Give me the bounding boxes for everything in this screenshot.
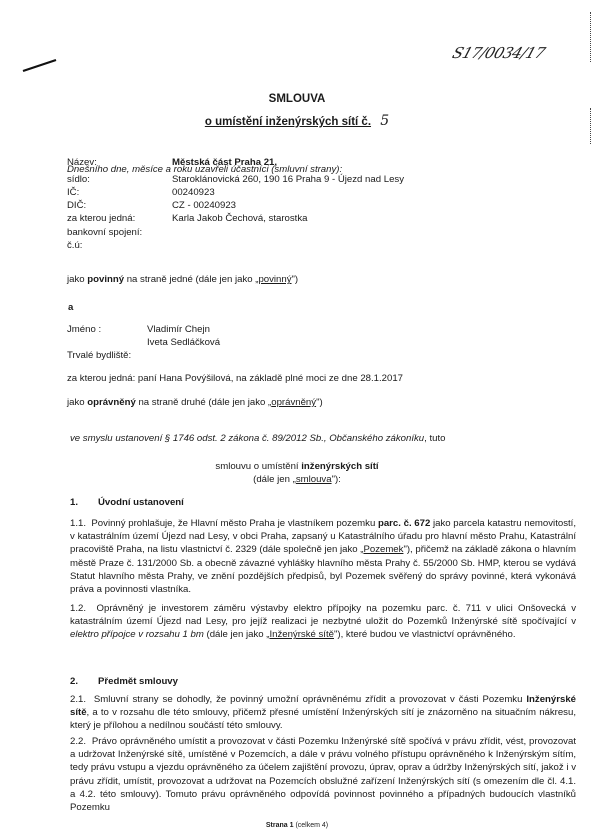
legal-basis-italic: ve smyslu ustanovení § 1746 odst. 2 záko… [70, 433, 424, 444]
role-term: povinný [258, 274, 291, 285]
alias-text: (dále jen „ [253, 474, 296, 485]
party1-label: za kterou jedná: [67, 213, 135, 224]
subtitle-prefix: o umístění [205, 116, 266, 128]
role-text: na straně jedné (dále jen jako „ [124, 274, 258, 285]
party1-value: Městská část Praha 21, [172, 157, 277, 168]
paragraph-1-2: 1.2. Oprávněný je investorem záměru výst… [70, 602, 576, 642]
party2-representative: za kterou jedná: paní Hana Povýšilová, n… [67, 373, 403, 384]
party1-label: IČ: [67, 187, 79, 198]
paragraph-number: 2.2. [70, 736, 86, 747]
handwritten-reference-number: S17/0034/17 [450, 44, 547, 62]
subtitle-underlined: inženýrských sítí č. [266, 116, 371, 128]
handwritten-contract-number: 5 [380, 113, 389, 129]
role-bold: povinný [87, 274, 124, 285]
paragraph-text: Právo oprávněného umístit a provozovat v… [70, 736, 576, 813]
party2-name: Vladimír Chejn [147, 324, 210, 335]
role-text: jako [67, 397, 87, 408]
contract-name: smlouvu o umístění inženýrských sítí [0, 461, 594, 472]
alias-term: smlouva [296, 474, 332, 485]
paragraph-text: (dále jen jako „ [204, 629, 270, 640]
paragraph-number: 1.1. [70, 518, 86, 529]
paragraph-text: Povinný prohlašuje, že Hlavní město Prah… [91, 518, 378, 529]
page-number: Strana 1 [266, 822, 294, 829]
party2-role: jako oprávněný na straně druhé (dále jen… [67, 397, 323, 408]
paragraph-text: Oprávněný je investorem záměru výstavby … [70, 603, 576, 627]
pen-stroke-mark [20, 55, 60, 75]
party2-name: Iveta Sedláčková [147, 337, 220, 348]
legal-basis-suffix: , tuto [424, 433, 445, 444]
paragraph-bold: parc. č. 672 [378, 518, 430, 529]
paragraph-italic: elektro přípojce v rozsahu 1 bm [70, 629, 204, 640]
role-term: oprávněný [271, 397, 316, 408]
paragraph-text: Smluvní strany se dohodly, že povinný um… [94, 694, 527, 705]
party1-role: jako povinný na straně jedné (dále jen j… [67, 274, 298, 285]
party1-value: CZ - 00240923 [172, 200, 236, 211]
party2-residence-label: Trvalé bydliště: [67, 350, 131, 361]
role-text: ") [292, 274, 299, 285]
paragraph-2-2: 2.2. Právo oprávněného umístit a provozo… [70, 735, 576, 814]
alias-text: "): [332, 474, 341, 485]
legal-basis: ve smyslu ustanovení § 1746 odst. 2 záko… [70, 433, 445, 444]
party1-label: sídlo: [67, 174, 90, 185]
document-title: SMLOUVA [0, 93, 594, 105]
party1-label: Název: [67, 157, 97, 168]
paragraph-2-1: 2.1. Smluvní strany se dohodly, že povin… [70, 693, 576, 733]
paragraph-text: , a to v rozsahu dle této smlouvy, přiče… [70, 707, 576, 731]
paragraph-term: Inženýrské sítě [269, 629, 334, 640]
paragraph-number: 1.2. [70, 603, 86, 614]
party1-value: Staroklánovická 260, 190 16 Praha 9 - Új… [172, 174, 404, 185]
section-heading: Předmět smlouvy [98, 676, 178, 687]
paragraph-1-1: 1.1. Povinný prohlašuje, že Hlavní město… [70, 517, 576, 596]
scan-edge [590, 12, 591, 62]
section-number: 1. [70, 497, 78, 508]
section-number: 2. [70, 676, 78, 687]
contract-name-bold: inženýrských sítí [301, 461, 378, 472]
page-total: (celkem 4) [294, 822, 329, 829]
role-text: ") [316, 397, 323, 408]
role-text: jako [67, 274, 87, 285]
party1-label: č.ú: [67, 240, 82, 251]
section-heading: Úvodní ustanovení [98, 497, 184, 508]
document-subtitle: o umístění inženýrských sítí č. 5 [0, 113, 594, 129]
contract-name-alias: (dále jen „smlouva"): [0, 474, 594, 485]
party1-label: bankovní spojení: [67, 227, 142, 238]
party2-name-label: Jméno : [67, 324, 101, 335]
conjunction: a [68, 302, 73, 313]
page-footer: Strana 1 (celkem 4) [0, 822, 594, 829]
party1-label: DIČ: [67, 200, 86, 211]
role-text: na straně druhé (dále jen jako „ [136, 397, 271, 408]
party1-value: Karla Jakob Čechová, starostka [172, 213, 307, 224]
party1-value: 00240923 [172, 187, 215, 198]
paragraph-text: "), které budou ve vlastnictví oprávněné… [334, 629, 516, 640]
paragraph-number: 2.1. [70, 694, 86, 705]
contract-name-text: smlouvu o umístění [215, 461, 301, 472]
role-bold: oprávněný [87, 397, 136, 408]
paragraph-term: Pozemek [363, 544, 403, 555]
